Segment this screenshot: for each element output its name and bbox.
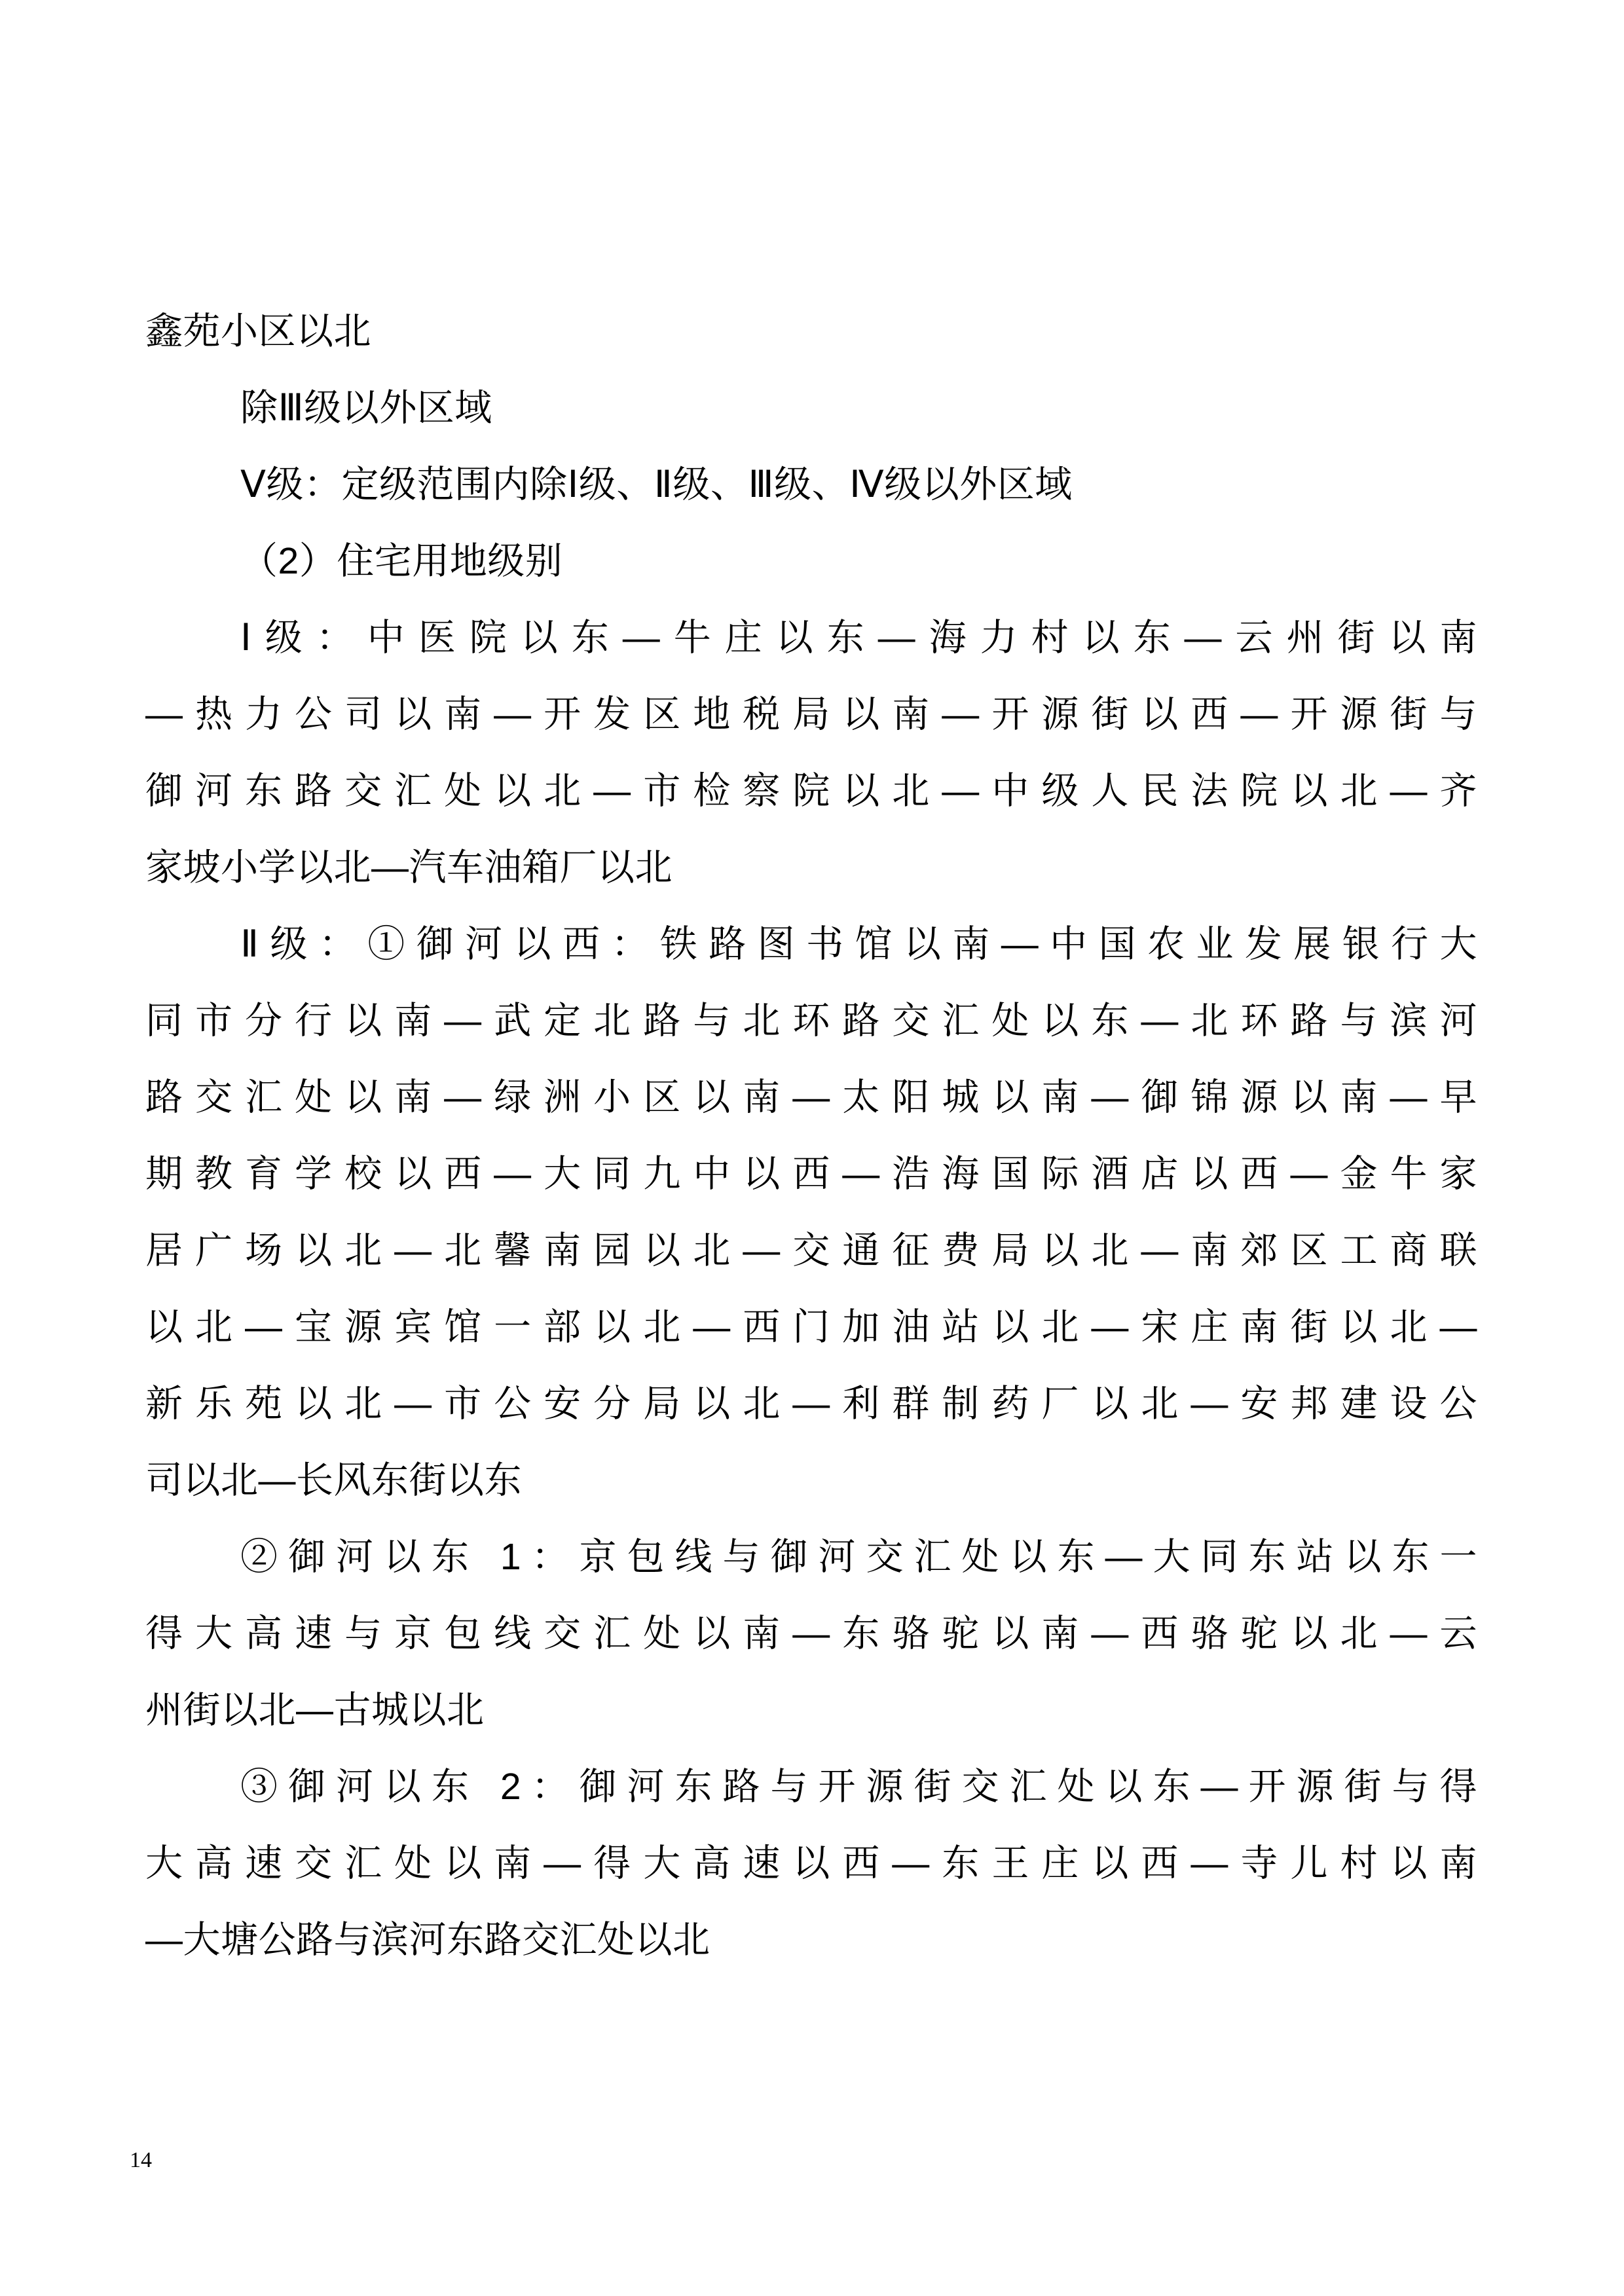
text-line: —大塘公路与滨河东路交汇处以北	[145, 1902, 1477, 1978]
page-number: 14	[130, 2147, 152, 2174]
document-page: 鑫苑小区以北 除Ⅲ级以外区域 Ⅴ级：定级范围内除Ⅰ级、Ⅱ级、Ⅲ级、Ⅳ级以外区域 …	[0, 0, 1624, 2296]
document-body-text: 鑫苑小区以北 除Ⅲ级以外区域 Ⅴ级：定级范围内除Ⅰ级、Ⅱ级、Ⅲ级、Ⅳ级以外区域 …	[145, 293, 1477, 1978]
text-line: ②御河以东 1：京包线与御河交汇处以东—大同东站以东一	[145, 1519, 1477, 1595]
text-line: 新乐苑以北—市公安分局以北—利群制药厂以北—安邦建设公	[145, 1366, 1477, 1442]
text-line: 大高速交汇处以南—得大高速以西—东王庄以西—寺儿村以南	[145, 1825, 1477, 1902]
text-line: 御河东路交汇处以北—市检察院以北—中级人民法院以北—齐	[145, 753, 1477, 829]
text-line: 期教育学校以西—大同九中以西—浩海国际酒店以西—金牛家	[145, 1136, 1477, 1212]
text-line: 路交汇处以南—绿洲小区以南—太阳城以南—御锦源以南—早	[145, 1059, 1477, 1136]
text-line: 司以北—长风东街以东	[145, 1442, 1477, 1519]
text-line: 鑫苑小区以北	[145, 293, 1477, 370]
text-line: 家坡小学以北—汽车油箱厂以北	[145, 829, 1477, 906]
text-line: 得大高速与京包线交汇处以南—东骆驼以南—西骆驼以北—云	[145, 1595, 1477, 1672]
text-line: 居广场以北—北馨南园以北—交通征费局以北—南郊区工商联	[145, 1212, 1477, 1289]
text-line: 以北—宝源宾馆一部以北—西门加油站以北—宋庄南街以北—	[145, 1289, 1477, 1366]
text-line: （2）住宅用地级别	[145, 523, 1477, 600]
text-line: —热力公司以南—开发区地税局以南—开源街以西—开源街与	[145, 676, 1477, 753]
text-line: 州街以北—古城以北	[145, 1672, 1477, 1749]
text-line: 除Ⅲ级以外区域	[145, 370, 1477, 446]
text-line: Ⅰ级：中医院以东—牛庄以东—海力村以东—云州街以南	[145, 600, 1477, 676]
text-line: ③御河以东 2：御河东路与开源街交汇处以东—开源街与得	[145, 1749, 1477, 1825]
text-line: Ⅱ级：①御河以西：铁路图书馆以南—中国农业发展银行大	[145, 906, 1477, 983]
text-line: Ⅴ级：定级范围内除Ⅰ级、Ⅱ级、Ⅲ级、Ⅳ级以外区域	[145, 446, 1477, 523]
text-line: 同市分行以南—武定北路与北环路交汇处以东—北环路与滨河	[145, 983, 1477, 1059]
